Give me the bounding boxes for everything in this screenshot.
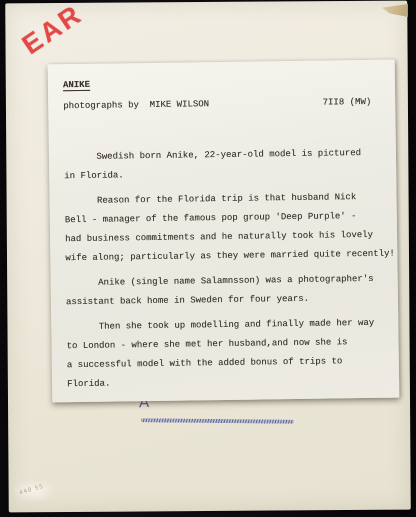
caption-title: ANIKE bbox=[63, 72, 395, 96]
caption-sheet: ANIKE photographs by MIKE WILSON 7II8 (M… bbox=[48, 60, 400, 403]
caption-header-row: photographs by MIKE WILSON 7II8 (MW) bbox=[63, 93, 395, 117]
caption-body: Swedish born Anike, 22-year-old model is… bbox=[64, 144, 399, 395]
caption-paragraph: Anike (single name Salamnsson) was a pho… bbox=[66, 270, 398, 313]
caption-paragraph: Reason for the Florida trip is that husb… bbox=[64, 188, 397, 269]
caption-paragraph: Swedish born Anike, 22-year-old model is… bbox=[64, 144, 396, 187]
caption-paragraph: Then she took up modelling and finally m… bbox=[66, 314, 399, 395]
caption-ref-number: 7II8 (MW) bbox=[322, 93, 371, 113]
caption-byline: photographs by MIKE WILSON bbox=[63, 95, 209, 116]
caption-line: assistant back home in Sweden for four y… bbox=[66, 289, 398, 313]
photo-of-press-print-back: EAR ANIKE photographs by MIKE WILSON 7II… bbox=[0, 0, 416, 517]
caption-line: wife along; particularly as they were ma… bbox=[65, 245, 397, 269]
caption-line: in Florida. bbox=[64, 163, 396, 187]
